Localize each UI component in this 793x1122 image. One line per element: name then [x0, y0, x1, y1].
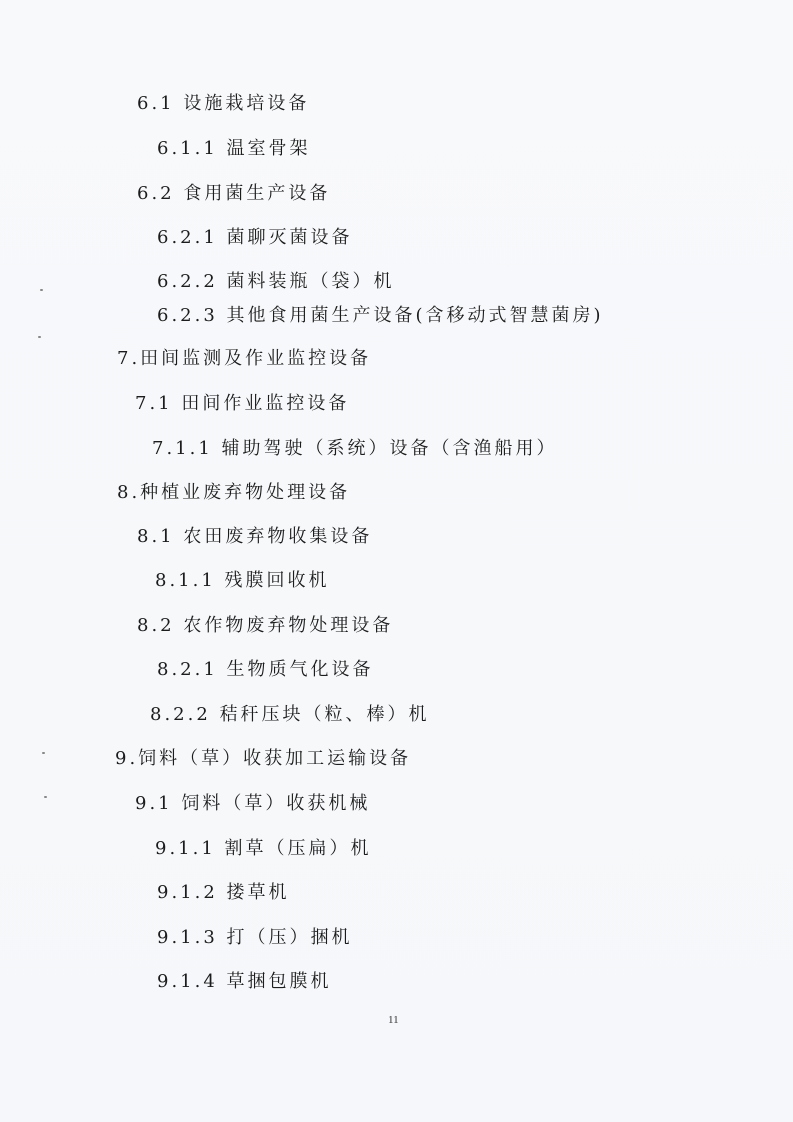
outline-item-level-3: 8.1.1 残膜回收机 — [155, 569, 330, 593]
document-page: 6.1 设施栽培设备6.1.1 温室骨架6.2 食用菌生产设备6.2.1 菌聊灭… — [0, 0, 793, 1122]
scan-speck — [38, 336, 41, 338]
outline-item-level-2: 6.2 食用菌生产设备 — [137, 182, 330, 206]
outline-item-level-3: 7.1.1 辅助驾驶（系统）设备（含渔船用） — [152, 437, 558, 461]
outline-item-level-3: 9.1.3 打（压）捆机 — [157, 926, 353, 950]
outline-item-level-2: 7.1 田间作业监控设备 — [135, 392, 349, 416]
outline-item-level-2: 8.1 农田废弃物收集设备 — [137, 525, 372, 549]
outline-item-level-3: 9.1.1 割草（压扁）机 — [155, 837, 372, 861]
outline-item-level-3: 6.1.1 温室骨架 — [157, 137, 311, 161]
outline-item-level-2: 8.2 农作物废弃物处理设备 — [137, 614, 393, 638]
outline-item-level-3: 6.2.1 菌聊灭菌设备 — [157, 226, 353, 250]
outline-item-level-3: 9.1.4 草捆包膜机 — [157, 970, 332, 994]
outline-item-level-1: 7.田间监测及作业监控设备 — [117, 347, 371, 371]
outline-item-level-3: 8.2.2 秸秆压块（粒、棒）机 — [150, 703, 430, 727]
outline-item-level-3: 6.2.3 其他食用菌生产设备(含移动式智慧菌房) — [157, 304, 604, 328]
page-number: 11 — [388, 1014, 399, 1026]
outline-item-level-2: 9.1 饲料（草）收获机械 — [135, 792, 370, 816]
outline-item-level-1: 9.饲料（草）收获加工运输设备 — [115, 747, 411, 771]
outline-item-level-3: 6.2.2 菌料装瓶（袋）机 — [157, 270, 395, 294]
outline-item-level-2: 6.1 设施栽培设备 — [137, 92, 309, 116]
outline-item-level-3: 8.2.1 生物质气化设备 — [157, 658, 374, 682]
scan-speck — [44, 796, 47, 798]
outline-item-level-1: 8.种植业废弃物处理设备 — [117, 481, 350, 505]
outline-item-level-3: 9.1.2 搂草机 — [157, 881, 290, 905]
scan-speck — [40, 289, 43, 291]
scan-speck — [42, 752, 45, 754]
